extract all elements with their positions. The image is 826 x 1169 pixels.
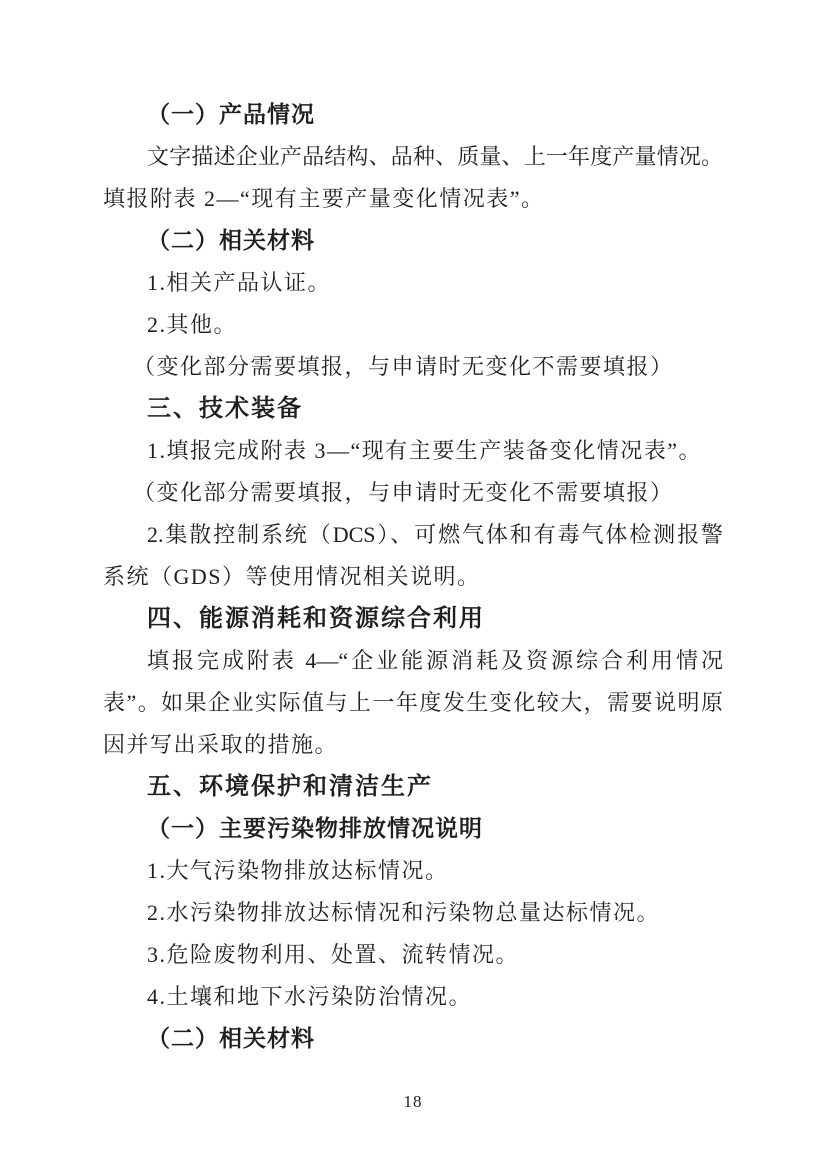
list-item-line: 1.填报完成附表 3—“现有主要生产装备变化情况表”。 bbox=[103, 430, 723, 472]
paragraph-line: 因并写出采取的措施。 bbox=[103, 724, 723, 766]
list-item-line: 1.相关产品认证。 bbox=[103, 262, 723, 304]
document-body: （一）产品情况 文字描述企业产品结构、品种、质量、上一年度产量情况。 填报附表 … bbox=[103, 94, 723, 1060]
paragraph-line: 填报附表 2—“现有主要产量变化情况表”。 bbox=[103, 178, 723, 220]
subheading-pollutant-discharge-description: （一）主要污染物排放情况说明 bbox=[103, 808, 723, 850]
list-item-line: 1.大气污染物排放达标情况。 bbox=[103, 850, 723, 892]
list-item-line: 2.集散控制系统（DCS）、可燃气体和有毒气体检测报警 bbox=[103, 514, 723, 556]
list-item-line: 2.其他。 bbox=[103, 304, 723, 346]
heading-environmental-protection: 五、环境保护和清洁生产 bbox=[103, 766, 723, 808]
paragraph-line: 文字描述企业产品结构、品种、质量、上一年度产量情况。 bbox=[103, 136, 723, 178]
subheading-related-materials: （二）相关材料 bbox=[103, 220, 723, 262]
paragraph-line: 系统（GDS）等使用情况相关说明。 bbox=[103, 556, 723, 598]
list-item-line: 4.土壤和地下水污染防治情况。 bbox=[103, 976, 723, 1018]
page-number: 18 bbox=[0, 1090, 826, 1114]
list-item-line: 2.水污染物排放达标情况和污染物总量达标情况。 bbox=[103, 892, 723, 934]
list-item-line: 3.危险废物利用、处置、流转情况。 bbox=[103, 934, 723, 976]
heading-technical-equipment: 三、技术装备 bbox=[103, 388, 723, 430]
paragraph-line: 填报完成附表 4—“企业能源消耗及资源综合利用情况 bbox=[103, 640, 723, 682]
note-line: （变化部分需要填报，与申请时无变化不需要填报） bbox=[103, 472, 723, 514]
subheading-related-materials-2: （二）相关材料 bbox=[103, 1018, 723, 1060]
document-page: （一）产品情况 文字描述企业产品结构、品种、质量、上一年度产量情况。 填报附表 … bbox=[0, 0, 826, 1169]
subheading-product-status: （一）产品情况 bbox=[103, 94, 723, 136]
paragraph-line: 表”。如果企业实际值与上一年度发生变化较大，需要说明原 bbox=[103, 682, 723, 724]
heading-energy-and-resource-utilization: 四、能源消耗和资源综合利用 bbox=[103, 598, 723, 640]
note-line: （变化部分需要填报，与申请时无变化不需要填报） bbox=[103, 346, 723, 388]
